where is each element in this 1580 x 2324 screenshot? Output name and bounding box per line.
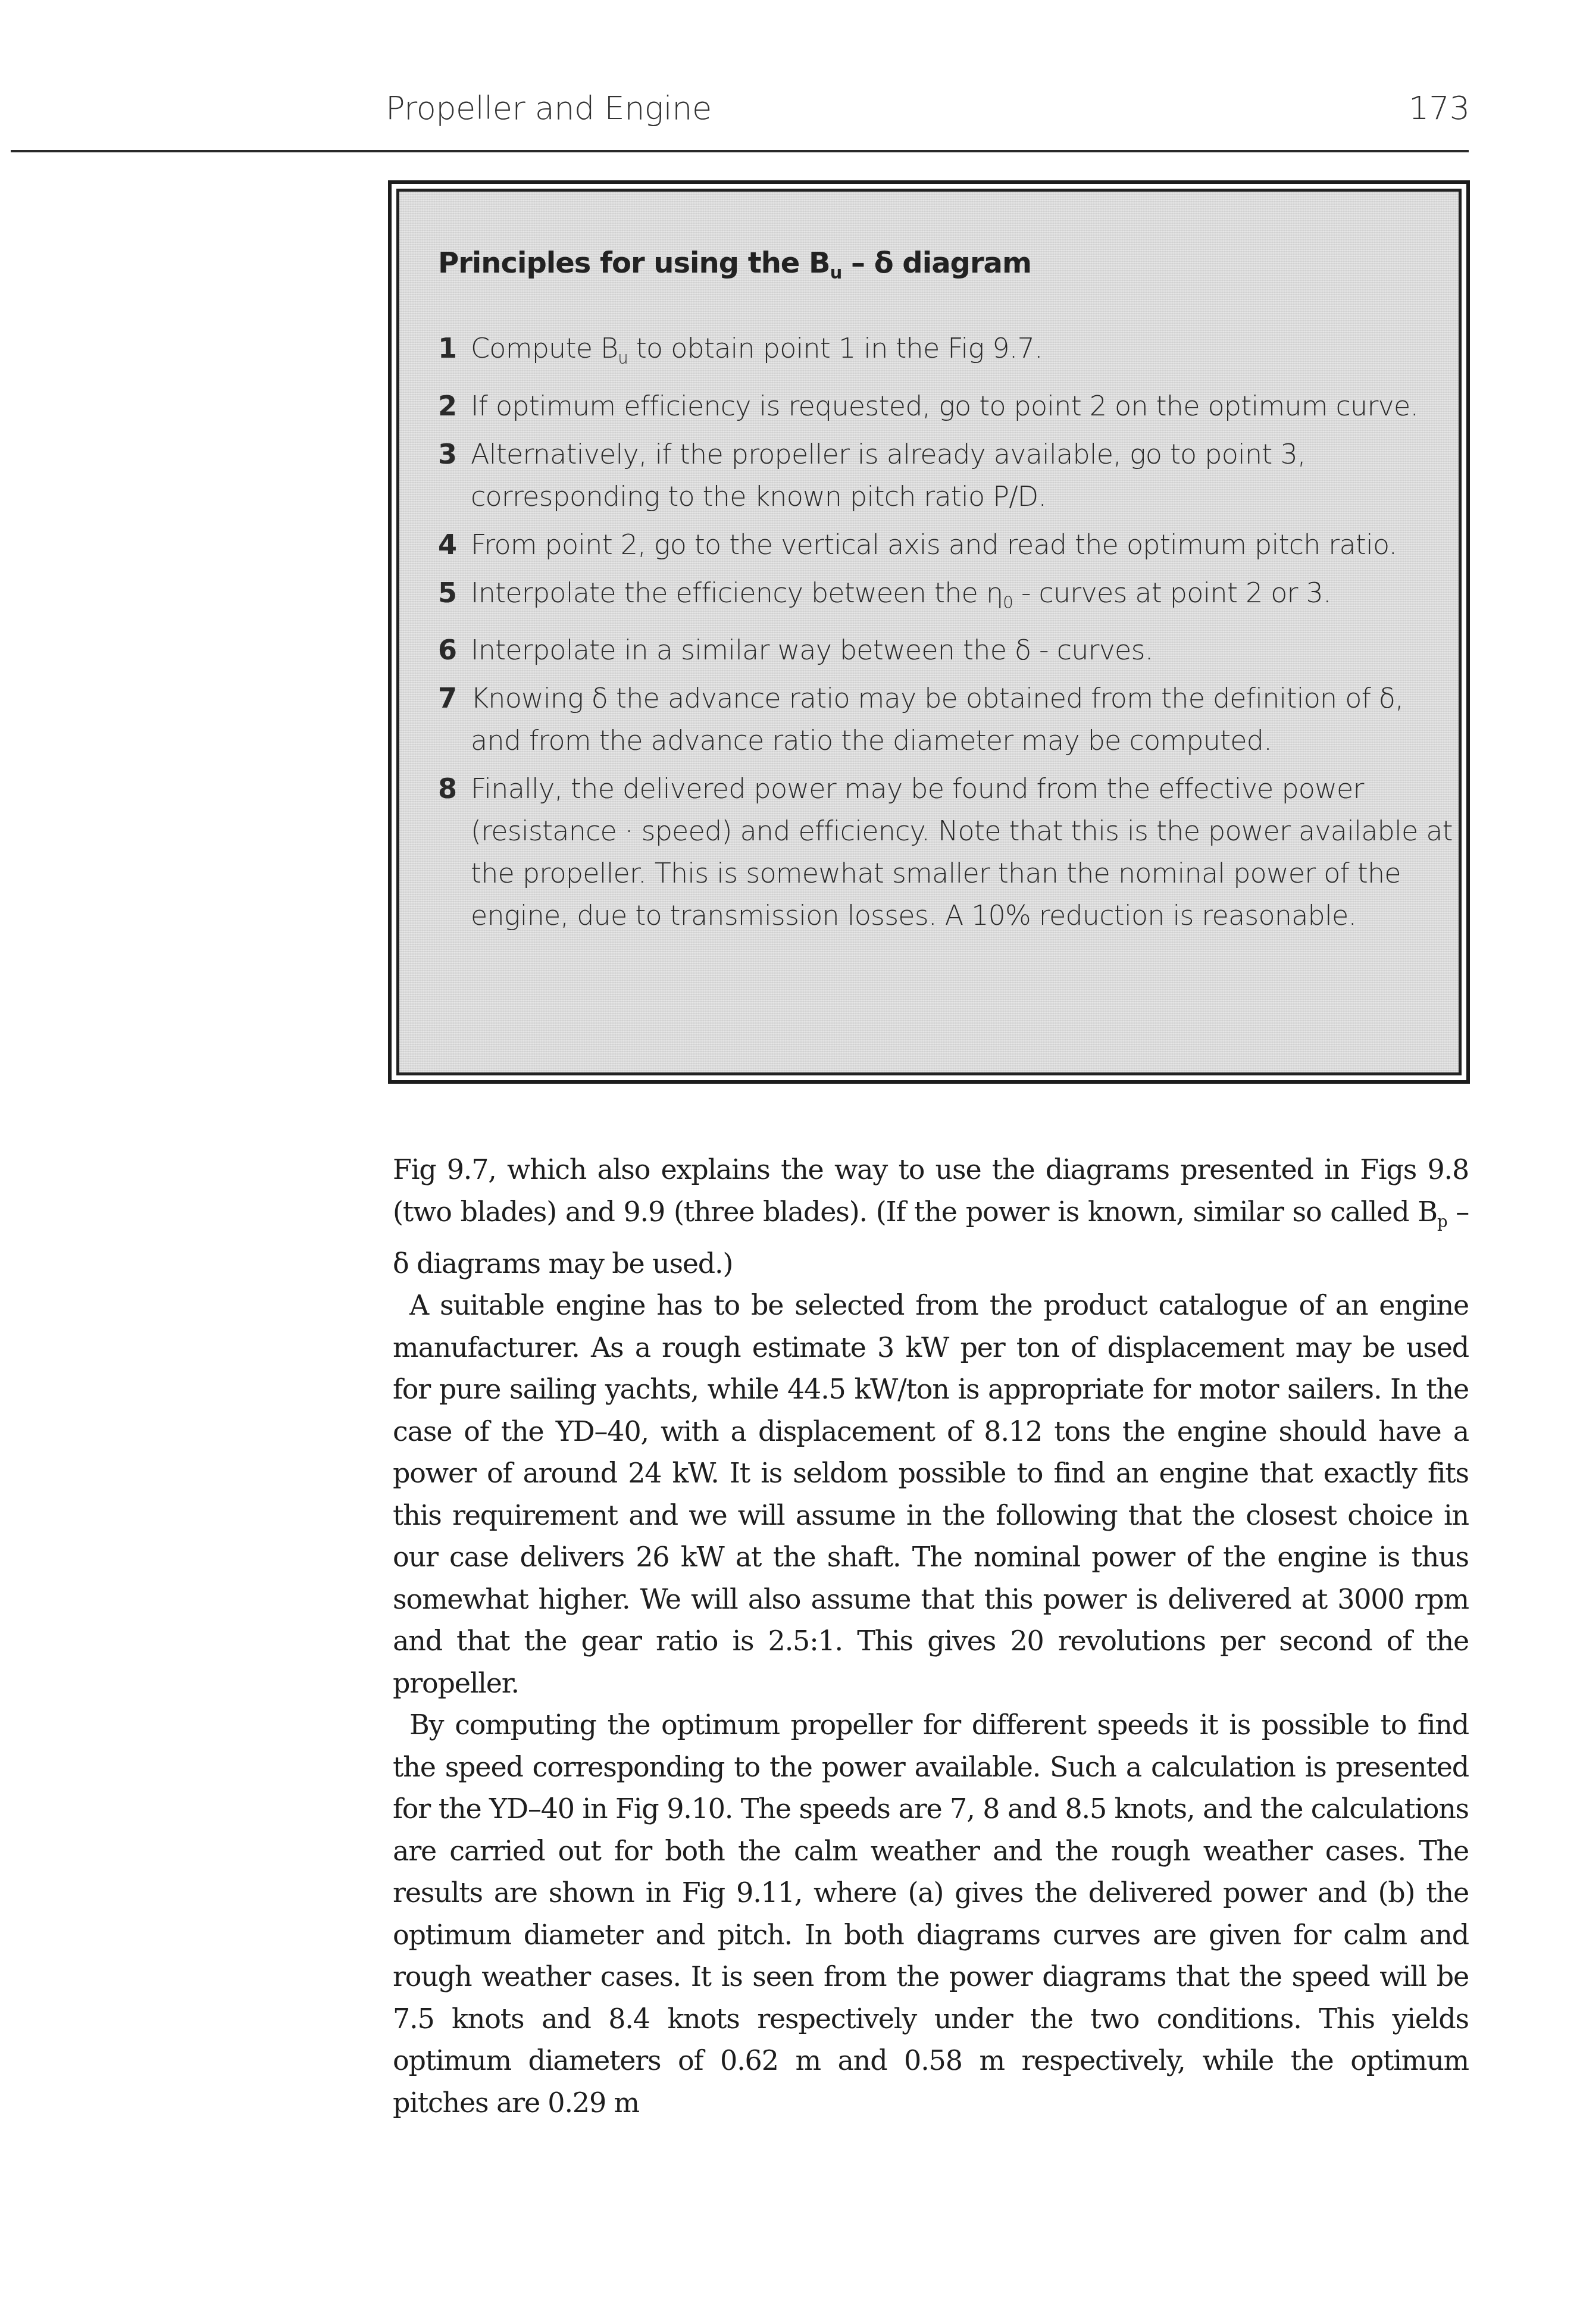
step-item: 4From point 2, go to the vertical axis a… [438, 524, 1456, 566]
box-title-text: Principles for using the B [438, 246, 830, 280]
step-item: 3Alternatively, if the propeller is alre… [438, 433, 1456, 518]
step-item: 6Interpolate in a similar way between th… [438, 629, 1456, 671]
step-text: Alternatively, if the propeller is alrea… [471, 433, 1456, 518]
box-title-suffix: – δ diagram [841, 246, 1031, 280]
step-number: 5 [438, 572, 462, 614]
step-item: 1Compute Bu to obtain point 1 in the Fig… [438, 327, 1456, 379]
step-text: From point 2, go to the vertical axis an… [471, 524, 1456, 566]
step-text: Interpolate the efficiency between the η… [471, 572, 1456, 624]
paragraph: Fig 9.7, which also explains the way to … [393, 1149, 1469, 1284]
step-text: Interpolate in a similar way between the… [471, 629, 1456, 671]
box-title-subscript: u [830, 262, 842, 283]
chapter-title: Propeller and Engine [386, 89, 712, 127]
body-text: Fig 9.7, which also explains the way to … [393, 1149, 1469, 2123]
running-head: Propeller and Engine 173 [386, 83, 1470, 137]
step-text: If optimum efficiency is requested, go t… [471, 385, 1456, 427]
step-item: 8Finally, the delivered power may be fou… [438, 768, 1456, 937]
page-number: 173 [1409, 89, 1470, 127]
steps-list: 1Compute Bu to obtain point 1 in the Fig… [438, 327, 1456, 943]
principles-box-inner: Principles for using the Bu – δ diagram … [396, 189, 1462, 1075]
step-number: 7 [438, 677, 462, 720]
step-item: 2If optimum efficiency is requested, go … [438, 385, 1456, 427]
step-number: 8 [438, 768, 462, 810]
step-number: 3 [438, 433, 462, 476]
paragraph: By computing the optimum propeller for d… [393, 1704, 1469, 2123]
step-number: 6 [438, 629, 462, 671]
step-text: Knowing δ the advance ratio may be obtai… [471, 677, 1456, 762]
paragraph: A suitable engine has to be selected fro… [393, 1284, 1469, 1704]
step-text: Finally, the delivered power may be foun… [471, 768, 1456, 937]
step-text: Compute Bu to obtain point 1 in the Fig … [471, 327, 1456, 379]
step-item: 7Knowing δ the advance ratio may be obta… [438, 677, 1456, 762]
step-item: 5Interpolate the efficiency between the … [438, 572, 1456, 624]
step-number: 4 [438, 524, 462, 566]
principles-box: Principles for using the Bu – δ diagram … [388, 180, 1470, 1084]
step-number: 2 [438, 385, 462, 427]
step-number: 1 [438, 327, 462, 370]
header-rule [11, 150, 1469, 152]
box-title: Principles for using the Bu – δ diagram [438, 246, 1031, 283]
